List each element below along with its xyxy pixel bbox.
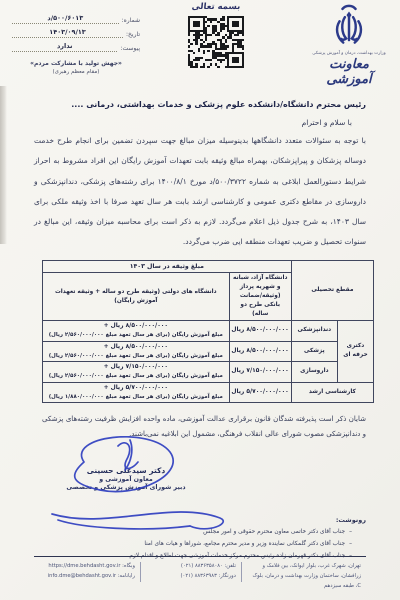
col-header-level: مقطع تحصیلی <box>291 260 373 321</box>
emblem-block: وزارت بهداشت، درمان و آموزش پزشکی معاونت… <box>306 4 392 87</box>
dash-bullet: – <box>349 541 352 547</box>
program-cell: داروسازی <box>291 362 337 383</box>
collateral-amounts-table: مقطع تحصیلی مبلغ وثیقه در سال ۱۴۰۳ دانشگ… <box>42 260 374 404</box>
dolati-amount-line2: مبلغ آموزش رایگان (برای هر سال تعهد مبلغ… <box>45 352 227 360</box>
azad-amount-cell: ۵/۷۰۰/۰۰۰/۰۰۰ ریال <box>229 382 291 403</box>
letter-meta-block: شماره: ۵۰۰/۶۰۱۳/د تاریخ: ۱۴۰۳/۰۹/۱۳ پیوس… <box>12 14 140 75</box>
dolati-amount-line2: مبلغ آموزش رایگان (برای هر سال تعهد مبلغ… <box>45 372 227 380</box>
signatory-identity: دکتر سیدعلی حسینی معاون آموزشی و دبیر شو… <box>38 466 214 491</box>
dolati-amount-line2: مبلغ آموزش رایگان (برای هر سال تعهد مبلغ… <box>45 331 227 339</box>
dolati-amount-cell: ۵/۷۰۰/۰۰۰/۰۰۰ ریال + مبلغ آموزش رایگان (… <box>43 382 230 403</box>
azad-amount-cell: ۸/۵۰۰/۰۰۰/۰۰۰ ریال <box>229 321 291 342</box>
ministry-name-small: وزارت بهداشت، درمان و آموزش پزشکی <box>310 51 387 56</box>
fax-line: دورنگار: ۸۸۳۶۳۹۸۳ (۰۲۱) <box>146 572 236 582</box>
email-address: info.dme@behdasht.gov.ir <box>48 573 116 579</box>
fax-label: دورنگار: <box>219 573 236 579</box>
iran-emblem-icon <box>327 4 371 50</box>
table-row: کارشناسی ارشد ۵/۷۰۰/۰۰۰/۰۰۰ ریال ۵/۷۰۰/۰… <box>43 382 374 403</box>
table-title-cell: مبلغ وثیقه در سال ۱۴۰۳ <box>43 260 292 273</box>
letter-body: با توجه به سئوالات متعدد دانشگاهها بدینو… <box>34 131 366 253</box>
slogan-attribution: (مقام معظم رهبری) <box>12 69 140 75</box>
qr-code <box>188 16 244 68</box>
meta-date-row: تاریخ: ۱۴۰۳/۰۹/۱۳ <box>12 28 140 38</box>
exclusion-note: شایان ذکر است پذیرفته شدگان قانون برقرار… <box>42 412 366 442</box>
cc-item: –جناب آقای دکتر گلمکانی نماینده وزیر و م… <box>30 540 352 549</box>
fax-value: ۸۸۳۶۳۹۸۳ (۰۲۱) <box>181 573 217 579</box>
website-label: وبگاه: <box>122 563 135 569</box>
recipient-line: رئیس محترم دانشگاه/دانشکده علوم پزشکی و … <box>34 100 366 109</box>
cc-item-text: جناب آقای دکتر خاتمی معاون محترم حقوقی و… <box>203 529 345 535</box>
signatory-role-1: معاون آموزشی و <box>38 476 214 483</box>
cc-item-text: جناب آقای دکتر گلمکانی نماینده وزیر و مد… <box>144 541 345 547</box>
table-header-row-1: مقطع تحصیلی مبلغ وثیقه در سال ۱۴۰۳ <box>43 260 374 273</box>
letter-page: شماره: ۵۰۰/۶۰۱۳/د تاریخ: ۱۴۰۳/۰۹/۱۳ پیوس… <box>0 0 400 600</box>
dolati-amount-cell: ۸/۵۰۰/۰۰۰/۰۰۰ ریال + مبلغ آموزش رایگان (… <box>43 321 230 342</box>
footer-address: تهران، شهرک غرب، بلوار ایوانک، بین فلامک… <box>242 562 366 592</box>
meta-attachment-row: پیوست: ندارد <box>12 42 140 52</box>
date-value: ۱۴۰۳/۰۹/۱۳ <box>12 28 123 38</box>
signatory-role-2: دبیر شورای آموزش پزشکی و تخصصی <box>38 484 214 491</box>
program-cell: کارشناسی ارشد <box>291 382 373 403</box>
year-slogan: «جهش تولید با مشارکت مردم» (مقام معظم ره… <box>12 60 140 75</box>
cc-label: رونوشت: <box>30 516 366 524</box>
email-line: رایانامه: info.dme@behdasht.gov.ir <box>39 572 135 582</box>
email-label: رایانامه: <box>118 573 135 579</box>
dolati-amount-line1: ۸/۵۰۰/۰۰۰/۰۰۰ ریال + <box>104 344 168 350</box>
dolati-amount-line1: ۷/۱۵۰/۰۰۰/۰۰۰ ریال + <box>104 364 168 370</box>
signatory-name: دکتر سیدعلی حسینی <box>38 466 214 475</box>
scan-edge-artifact <box>0 86 7 244</box>
dolati-amount-line1: ۸/۵۰۰/۰۰۰/۰۰۰ ریال + <box>104 323 168 329</box>
cc-section: رونوشت: –جناب آقای دکتر خاتمی معاون محتر… <box>30 516 366 561</box>
dolati-amount-line1: ۵/۷۰۰/۰۰۰/۰۰۰ ریال + <box>104 385 168 391</box>
letter-footer: تهران، شهرک غرب، بلوار ایوانک، بین فلامک… <box>34 556 366 592</box>
signature-block: دکتر سیدعلی حسینی معاون آموزشی و دبیر شو… <box>0 442 400 516</box>
level-group-cell: دکتری حرفه ای <box>337 321 373 383</box>
phone-line: تلفن: ۸۸۳۶۳۵۸۰۸۰ (۰۲۱) <box>146 562 236 572</box>
table-row: دکتری حرفه ای دندانپزشکی ۸/۵۰۰/۰۰۰/۰۰۰ ر… <box>43 321 374 342</box>
number-label: شماره: <box>122 17 140 24</box>
meta-number-row: شماره: ۵۰۰/۶۰۱۳/د <box>12 14 140 24</box>
azad-amount-cell: ۷/۱۵۰/۰۰۰/۰۰۰ ریال <box>229 362 291 383</box>
table-row: پزشکی ۸/۵۰۰/۰۰۰/۰۰۰ ریال ۸/۵۰۰/۰۰۰/۰۰۰ ر… <box>43 341 374 362</box>
program-cell: پزشکی <box>291 341 337 362</box>
phone-value: ۸۸۳۶۳۵۸۰۸۰ (۰۲۱) <box>181 563 223 569</box>
date-label: تاریخ: <box>126 31 140 38</box>
table-row: داروسازی ۷/۱۵۰/۰۰۰/۰۰۰ ریال ۷/۱۵۰/۰۰۰/۰۰… <box>43 362 374 383</box>
header-center-block: بسمه تعالی <box>181 2 251 68</box>
attachment-label: پیوست: <box>120 45 140 52</box>
col-header-azad: دانشگاه آزاد، شبانه و شهریه پرداز (وثیقه… <box>229 273 291 321</box>
phone-label: تلفن: <box>225 563 236 569</box>
bismillah-text: بسمه تعالی <box>180 2 251 12</box>
col-header-dolati: دانشگاه های دولتی (وثیقه طرح دو ساله + و… <box>43 273 230 321</box>
attachment-value: ندارد <box>12 42 117 52</box>
dolati-amount-line2: مبلغ آموزش رایگان (برای هر سال تعهد مبلغ… <box>45 393 227 401</box>
website-url: https://dme.behdasht.gov.ir <box>48 563 120 569</box>
program-cell: دندانپزشکی <box>291 321 337 342</box>
dolati-amount-cell: ۸/۵۰۰/۰۰۰/۰۰۰ ریال + مبلغ آموزش رایگان (… <box>43 341 230 362</box>
number-value: ۵۰۰/۶۰۱۳/د <box>12 14 119 24</box>
website-line: وبگاه: https://dme.behdasht.gov.ir <box>39 562 135 572</box>
azad-amount-cell: ۸/۵۰۰/۰۰۰/۰۰۰ ریال <box>229 341 291 362</box>
cc-item: –جناب آقای دکتر خاتمی معاون محترم حقوقی … <box>30 528 352 537</box>
letterhead: شماره: ۵۰۰/۶۰۱۳/د تاریخ: ۱۴۰۳/۰۹/۱۳ پیوس… <box>0 0 400 96</box>
salutation: با سلام و احترام <box>48 118 352 127</box>
dolati-amount-cell: ۷/۱۵۰/۰۰۰/۰۰۰ ریال + مبلغ آموزش رایگان (… <box>43 362 230 383</box>
footer-phone-fax: تلفن: ۸۸۳۶۳۵۸۰۸۰ (۰۲۱) دورنگار: ۸۸۳۶۳۹۸۳… <box>141 562 242 582</box>
slogan-text: «جهش تولید با مشارکت مردم» <box>12 60 140 67</box>
dash-bullet: – <box>349 529 352 535</box>
deputy-title: معاونت آموزشی <box>306 57 392 87</box>
footer-web-email: وبگاه: https://dme.behdasht.gov.ir رایان… <box>34 562 141 582</box>
